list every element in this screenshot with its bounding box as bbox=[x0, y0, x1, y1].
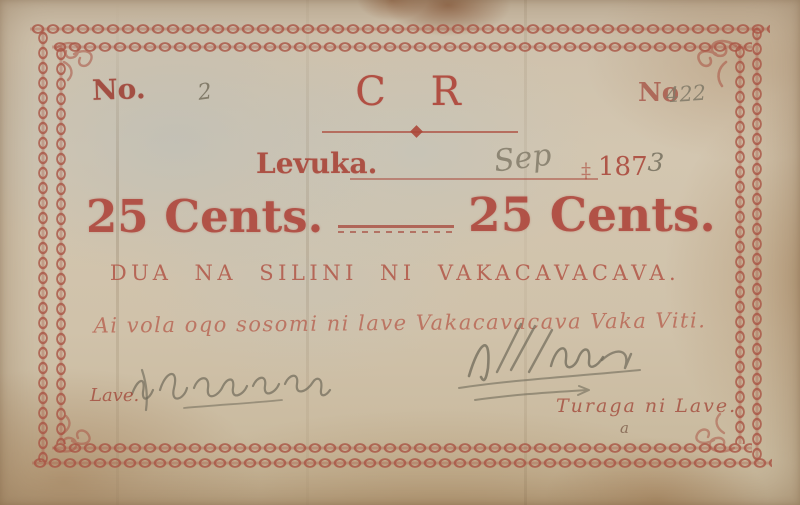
banknote-scan: No. 2 No 422 C R Levuka. Sep ‡ 187 3 25 … bbox=[0, 0, 800, 505]
turaga-ni-lave-label: Turaga ni Lave. bbox=[556, 397, 737, 416]
date-month-handwritten: Sep bbox=[492, 141, 553, 178]
chain-border-outer-bottom bbox=[32, 456, 772, 470]
chain-border-inner-top bbox=[52, 40, 752, 54]
lave-label: Lave. bbox=[90, 387, 139, 405]
fijian-caps-line: DUA NA SILINI NI VAKACAVACAVA. bbox=[0, 263, 790, 284]
turaga-sub-mark: a bbox=[620, 421, 629, 436]
chain-border-inner-bottom bbox=[52, 441, 752, 455]
date-year-digit-handwritten: 3 bbox=[647, 149, 665, 175]
separator-solid-line bbox=[338, 225, 454, 228]
note-title: C R bbox=[0, 72, 800, 112]
denomination-separator bbox=[338, 225, 454, 235]
handwritten-signature-left bbox=[122, 362, 337, 417]
denomination-left: 25 Cents. bbox=[86, 194, 323, 239]
corner-flourish-icon bbox=[48, 408, 100, 456]
title-rule-diamond bbox=[410, 125, 423, 138]
date-rule bbox=[350, 178, 598, 180]
date-separator-mark: ‡ bbox=[581, 160, 591, 180]
chain-border-outer-top bbox=[30, 22, 770, 36]
place-name: Levuka. bbox=[256, 150, 377, 178]
date-year-printed: 187 bbox=[598, 154, 648, 180]
denomination-right: 25 Cents. bbox=[468, 192, 716, 239]
fijian-italic-line: Ai vola oqo sosomi ni lave Vakacavacava … bbox=[0, 310, 800, 338]
separator-dotted-line bbox=[338, 231, 454, 233]
